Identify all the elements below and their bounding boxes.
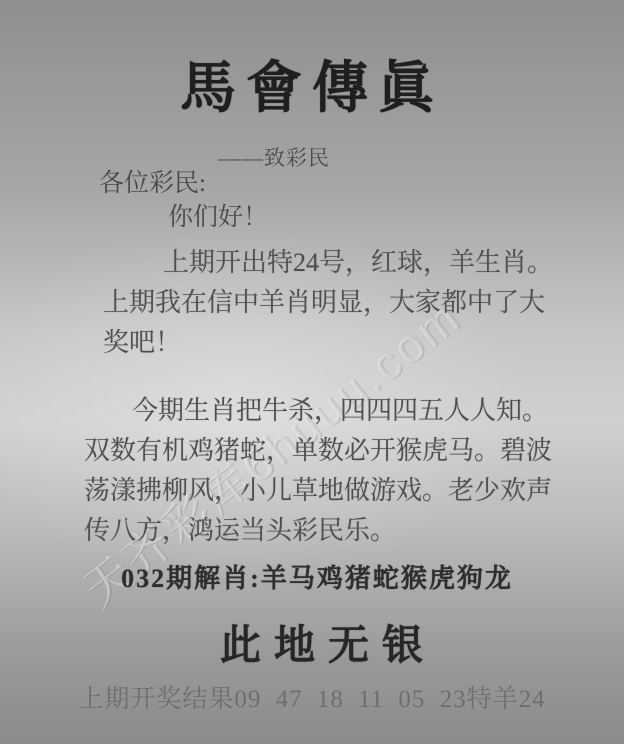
slogan-calligraphy: 此地无银 xyxy=(16,612,624,671)
fax-letter-page: 天齐彩库6huuu.com 馬會傳眞 ––––致彩民 各位彩民: 你们好！ 上期… xyxy=(0,0,624,744)
greeting-line: 你们好！ xyxy=(168,197,268,233)
paragraph-line: 荡漾拂柳风，小儿草地做游戏。老少欢声 xyxy=(84,471,552,511)
paragraph-line: 奖吧！ xyxy=(103,323,553,363)
paragraph-last-draw: 上期开出特24号，红球，羊生肖。 上期我在信中羊肖明显，大家都中了大 奖吧！ xyxy=(103,243,553,363)
paragraph-line: 上期开出特24号，红球，羊生肖。 xyxy=(103,243,553,283)
last-draw-result-line: 上期开奖结果09 47 18 11 05 23特羊24 xyxy=(0,679,624,715)
paragraph-line: 传八方，鸿运当头彩民乐。 xyxy=(84,511,552,551)
issue-zodiac-line: 032期解肖:羊马鸡猪蛇猴虎狗龙 xyxy=(0,558,624,595)
salutation-line: 各位彩民: xyxy=(99,163,206,199)
paragraph-line: 上期我在信中羊肖明显，大家都中了大 xyxy=(103,283,553,323)
paragraph-line: 今期生肖把牛杀，四四四五人人知。 xyxy=(84,391,552,431)
paragraph-current-tip: 今期生肖把牛杀，四四四五人人知。 双数有机鸡猪蛇，单数必开猴虎马。碧波 荡漾拂柳… xyxy=(84,391,552,551)
subtitle-dedication: ––––致彩民 xyxy=(218,142,330,172)
page-title: 馬會傳眞 xyxy=(0,44,624,124)
paragraph-line: 双数有机鸡猪蛇，单数必开猴虎马。碧波 xyxy=(84,431,552,471)
